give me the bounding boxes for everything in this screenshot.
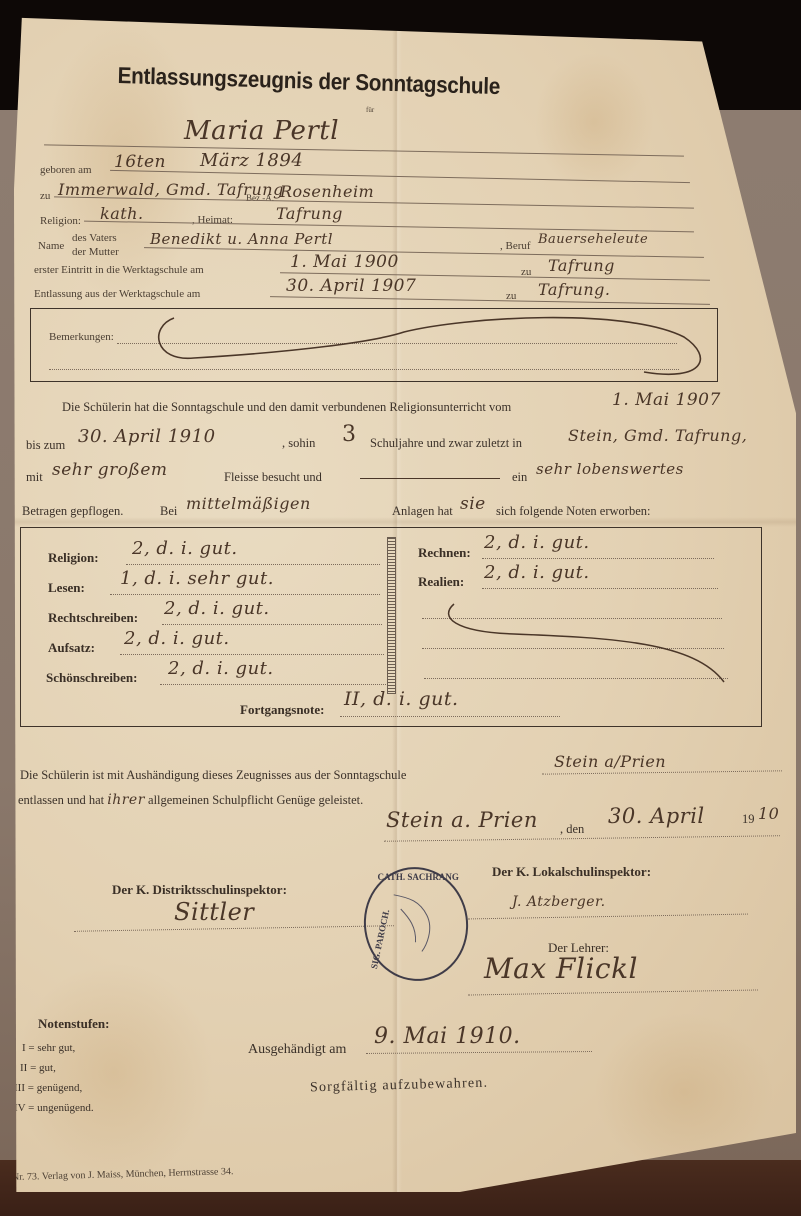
grade-line-empty — [422, 648, 724, 649]
grade-line — [482, 558, 714, 559]
pronoun-value: ihrer — [107, 792, 145, 808]
issue-year-prefix: 19 — [742, 812, 755, 827]
grade-subject-lesen: Lesen: — [48, 580, 85, 596]
grade-value-aufsatz: 2, d. i. gut. — [124, 628, 230, 649]
local-signature-line — [468, 914, 748, 920]
conduct-value: sehr lobenswertes — [536, 460, 684, 478]
grade-scale-item: I = sehr gut, — [22, 1042, 75, 1054]
first-entry-date: 1. Mai 1900 — [290, 252, 399, 272]
student-word: Schülerin — [41, 768, 89, 782]
grade-line — [482, 588, 718, 589]
issued-date: 9. Mai 1910. — [374, 1024, 521, 1049]
stamp-figure-icon — [383, 883, 452, 961]
noten-text: sich folgende Noten erworben: — [496, 504, 650, 519]
mit-label: mit — [26, 470, 43, 485]
grade-line — [120, 654, 384, 655]
school-years: 3 — [342, 422, 357, 447]
diligence-value: sehr großem — [52, 460, 168, 480]
grade-scale-item: IV = ungenügend. — [14, 1102, 94, 1114]
fold-perforation — [387, 537, 396, 694]
sohin-label: , sohin — [282, 436, 315, 451]
attendance-from-date: 1. Mai 1907 — [612, 390, 721, 410]
grade-subject-religion: Religion: — [48, 550, 99, 566]
teacher-signature: Max Flickl — [484, 952, 638, 985]
release-weekday-line — [270, 296, 710, 305]
religion-label: Religion: — [40, 215, 81, 227]
grade-line — [160, 684, 386, 685]
grade-line-empty — [422, 618, 722, 619]
grade-scale-item: III = genügend, — [14, 1082, 82, 1094]
issued-label: Ausgehändigt am — [248, 1042, 346, 1058]
document-title: Entlassungszeugnis der Sonntagschule — [117, 62, 567, 102]
grade-subject-aufsatz: Aufsatz: — [48, 640, 95, 656]
stamp-text-top: CATH. SACHRANG — [378, 872, 459, 882]
remarks-label: Bemerkungen: — [49, 331, 114, 343]
ein-label: ein — [512, 470, 527, 485]
district-value: Rosenheim — [280, 182, 374, 201]
first-entry-place: Tafrung — [548, 256, 615, 275]
release-weekday-place: Tafrung. — [538, 280, 610, 299]
grade-value-religion: 2, d. i. gut. — [132, 538, 238, 559]
release-paragraph-line-2: entlassen und hat ihrer allgemeinen Schu… — [18, 792, 363, 808]
parents-line — [144, 247, 704, 258]
remarks-line — [117, 343, 677, 344]
release-text: entlassen und hat — [18, 793, 104, 807]
anlagen-text: Anlagen hat — [392, 504, 453, 519]
grade-value-rechtschreiben: 2, d. i. gut. — [164, 598, 270, 619]
grade-subject-realien: Realien: — [418, 574, 464, 590]
betragen-text: Betragen gepflogen. — [22, 504, 123, 519]
remarks-line — [49, 369, 679, 370]
issue-place: Stein a. Prien — [386, 808, 538, 832]
grade-subject-rechnen: Rechnen: — [418, 545, 471, 561]
release-text: allgemeinen Schulpflicht Genüge geleiste… — [148, 793, 363, 807]
pronoun-value: sie — [460, 494, 486, 514]
den-label: , den — [560, 822, 584, 837]
paragraph-line-1: Die Schülerin hat die Sonntagschule und … — [62, 400, 511, 415]
born-label: geboren am — [40, 164, 92, 176]
issue-date: 30. April — [608, 804, 705, 828]
occupation-value: Bauerseheleute — [538, 232, 648, 247]
grade-subject-rechtschreiben: Rechtschreiben: — [48, 610, 138, 626]
fleisse-text: Fleisse besucht und — [224, 470, 322, 485]
issue-year-suffix: 10 — [758, 804, 779, 823]
bis-label: bis zum — [26, 438, 65, 453]
blank-strike — [360, 478, 500, 479]
grade-value-realien: 2, d. i. gut. — [484, 562, 590, 583]
birthplace-label: zu — [40, 190, 50, 202]
parents-name-label: Name — [38, 240, 64, 252]
occupation-label: , Beruf — [500, 240, 531, 252]
father-label: des Vaters — [72, 232, 117, 244]
release-text: ist mit Aushändigung dieses Zeugnisses a… — [92, 768, 406, 782]
grade-value-rechnen: 2, d. i. gut. — [484, 532, 590, 553]
grade-line — [110, 594, 380, 595]
overall-grade-label: Fortgangsnote: — [240, 702, 325, 718]
overall-grade-value: II, d. i. gut. — [344, 688, 459, 710]
grade-line-empty — [424, 678, 728, 679]
student-name: Maria Pertl — [184, 116, 339, 146]
bei-label: Bei — [160, 504, 177, 519]
heimat-value: Tafrung — [276, 204, 343, 223]
release-weekday-date: 30. April 1907 — [286, 276, 416, 296]
student-word: Schülerin — [83, 400, 131, 414]
release-paragraph-line-1: Die Schülerin ist mit Aushändigung diese… — [20, 768, 406, 783]
years-text: Schuljahre und zwar zuletzt in — [370, 436, 522, 451]
district-inspector-label: Der K. Distriktsschulinspektor: — [112, 882, 287, 898]
certificate-paper: Entlassungszeugnis der Sonntagschule für… — [14, 12, 796, 1192]
grade-scale-title: Notenstufen: — [38, 1016, 110, 1032]
local-inspector-signature: J. Atzberger. — [512, 894, 606, 910]
parents-value: Benedikt u. Anna Pertl — [150, 230, 333, 248]
parish-seal-stamp: CATH. SACHRANG SIG. PAROCH. — [357, 860, 476, 987]
article-prefix: Die — [62, 400, 80, 414]
remarks-box: Bemerkungen: — [30, 308, 718, 382]
aptitude-value: mittelmäßigen — [186, 494, 311, 513]
grade-value-schoenschreiben: 2, d. i. gut. — [168, 658, 274, 679]
grade-subject-schoenschreiben: Schönschreiben: — [46, 670, 138, 686]
grade-line — [126, 564, 380, 565]
teacher-signature-line — [468, 989, 758, 995]
release-weekday-label: Entlassung aus der Werktagschule am — [34, 288, 200, 300]
grade-line — [162, 624, 382, 625]
publisher-imprint: Nr. 73. Verlag von J. Maiss, München, He… — [12, 1166, 234, 1183]
water-stain — [534, 52, 654, 192]
fuer-label: für — [366, 106, 374, 114]
local-inspector-label: Der K. Lokalschulinspektor: — [492, 864, 651, 880]
article-prefix: Die — [20, 768, 38, 782]
district-signature-line — [74, 925, 394, 932]
grade-value-lesen: 1, d. i. sehr gut. — [120, 568, 274, 589]
district-inspector-signature: Sittler — [174, 898, 254, 926]
overall-grade-line — [340, 716, 560, 717]
heimat-label: , Heimat: — [192, 214, 233, 226]
mother-label: der Mutter — [72, 246, 119, 258]
district-label: Bez.-A. — [246, 193, 274, 203]
born-day: 16ten — [114, 152, 166, 172]
grade-scale-item: II = gut, — [20, 1062, 56, 1074]
keep-safe-note: Sorgfältig aufzubewahren. — [310, 1076, 489, 1097]
last-school-place: Stein, Gmd. Tafrung, — [568, 426, 747, 445]
born-month-year: März 1894 — [200, 150, 303, 171]
first-entry-label: erster Eintritt in die Werktagschule am — [34, 264, 204, 276]
sunday-school-place: Stein a/Prien — [554, 752, 666, 771]
attendance-to-date: 30. April 1910 — [78, 426, 216, 447]
paragraph-text: hat die Sonntagschule und den damit verb… — [134, 400, 511, 414]
